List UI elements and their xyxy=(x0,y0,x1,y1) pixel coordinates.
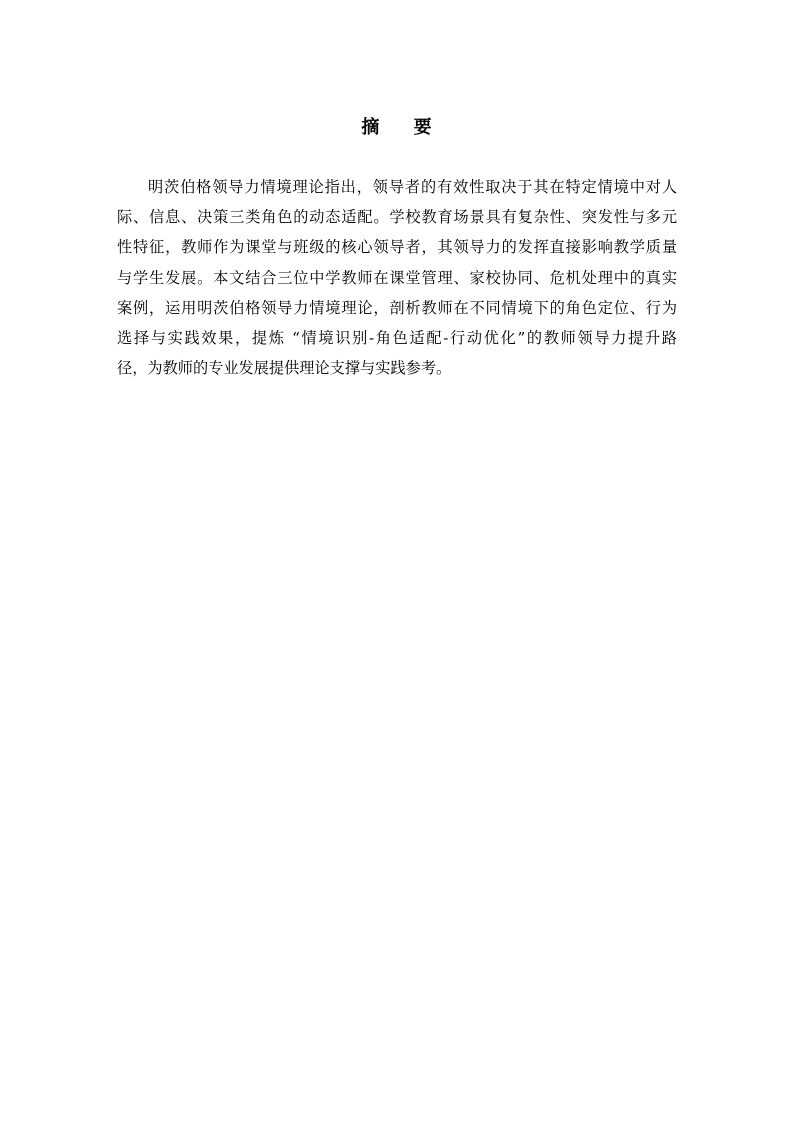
abstract-line: 选择与实践效果，提炼 “情境识别-角色适配-行动优化”的教师领导力提升路 xyxy=(117,323,677,353)
abstract-paragraph: 明茨伯格领导力情境理论指出，领导者的有效性取决于其在特定情境中对人 际、信息、决… xyxy=(117,172,677,383)
abstract-title: 摘 要 xyxy=(0,113,793,139)
abstract-line: 明茨伯格领导力情境理论指出，领导者的有效性取决于其在特定情境中对人 xyxy=(117,172,677,202)
abstract-line: 径，为教师的专业发展提供理论支撑与实践参考。 xyxy=(117,353,677,383)
abstract-line: 际、信息、决策三类角色的动态适配。学校教育场景具有复杂性、突发性与多元 xyxy=(117,202,677,232)
abstract-line: 案例，运用明茨伯格领导力情境理论，剖析教师在不同情境下的角色定位、行为 xyxy=(117,293,677,323)
abstract-line: 性特征，教师作为课堂与班级的核心领导者，其领导力的发挥直接影响教学质量 xyxy=(117,232,677,262)
document-page: 摘 要 明茨伯格领导力情境理论指出，领导者的有效性取决于其在特定情境中对人 际、… xyxy=(0,0,793,1122)
abstract-line: 与学生发展。本文结合三位中学教师在课堂管理、家校协同、危机处理中的真实 xyxy=(117,263,677,293)
